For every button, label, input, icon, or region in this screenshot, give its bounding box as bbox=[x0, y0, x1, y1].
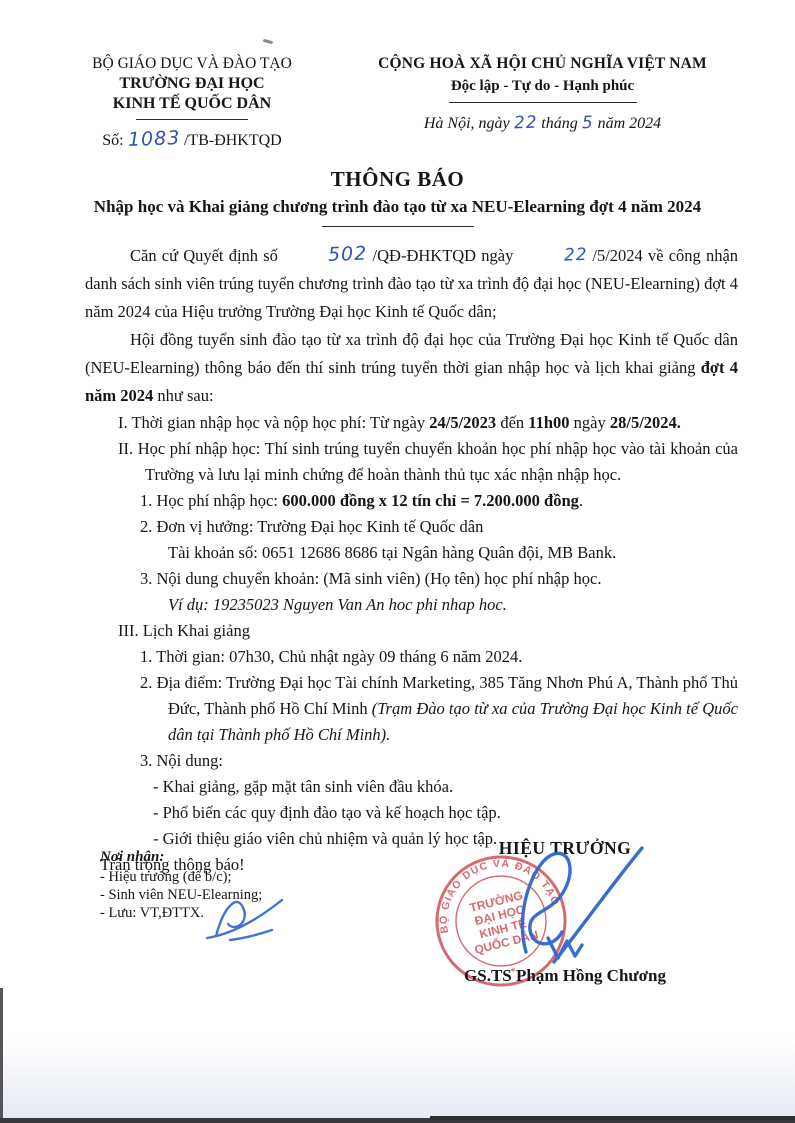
section-I-time: 11h00 bbox=[528, 413, 569, 432]
section-I-date-start: 24/5/2023 bbox=[429, 413, 496, 432]
section-I-text: đến bbox=[500, 413, 524, 432]
item-text: Nội dung chuyển khoản: (Mã sinh viên) (H… bbox=[157, 569, 602, 588]
director-signature bbox=[492, 840, 657, 975]
content-dash-1: - Khai giảng, gặp mặt tân sinh viên đầu … bbox=[85, 774, 738, 800]
date-prefix: Hà Nội, ngày bbox=[424, 115, 510, 132]
section-I: I. Thời gian nhập học và nộp học phí: Từ… bbox=[85, 410, 738, 436]
item-number: 1. bbox=[140, 647, 152, 666]
document-number: Số: 1083 /TB-ĐHKTQD bbox=[42, 129, 342, 151]
document-number-suffix: /TB-ĐHKTQD bbox=[184, 132, 282, 149]
issuer-divider bbox=[136, 119, 248, 120]
transfer-example-line: Ví dụ: 19235023 Nguyen Van An hoc phi nh… bbox=[85, 592, 738, 618]
motto-divider bbox=[449, 102, 637, 103]
item-number: 2. bbox=[140, 517, 152, 536]
document-title: THÔNG BÁO bbox=[0, 167, 795, 192]
tuition-amount: 600.000 đồng x 12 tín chỉ = 7.200.000 đồ… bbox=[282, 491, 579, 510]
clerk-initials-signature bbox=[202, 888, 286, 946]
university-name-line1: TRƯỜNG ĐẠI HỌC bbox=[42, 74, 342, 94]
scan-edge-left bbox=[0, 988, 3, 1123]
item-text: Thời gian: 07h30, Chủ nhật ngày 09 tháng… bbox=[156, 647, 522, 666]
national-motto: Độc lập - Tự do - Hạnh phúc bbox=[370, 76, 715, 96]
document-page: BỘ GIÁO DỤC VÀ ĐÀO TẠO TRƯỜNG ĐẠI HỌC KI… bbox=[0, 0, 795, 1123]
p2-text: như sau: bbox=[157, 386, 213, 405]
scan-edge-bottom-dark bbox=[430, 1116, 795, 1120]
section-III-numeral: III. bbox=[118, 621, 139, 640]
scan-speck bbox=[263, 39, 273, 44]
issuer-block: BỘ GIÁO DỤC VÀ ĐÀO TẠO TRƯỜNG ĐẠI HỌC KI… bbox=[42, 54, 342, 151]
section-II-text: Học phí nhập học: Thí sinh trúng tuyển c… bbox=[138, 439, 738, 484]
paragraph-announcement: Hội đồng tuyển sinh đào tạo từ xa trình … bbox=[85, 326, 738, 410]
date-month-handwritten: 5 bbox=[581, 113, 594, 133]
date-mid: tháng bbox=[541, 115, 577, 132]
item-number: 3. bbox=[140, 751, 152, 770]
section-III-item-2: 2. Địa điểm: Trường Đại học Tài chính Ma… bbox=[85, 670, 738, 748]
section-III-item-3: 3. Nội dung: bbox=[85, 748, 738, 774]
section-I-text: ngày bbox=[574, 413, 606, 432]
document-number-handwritten: 1083 bbox=[127, 128, 180, 150]
document-body: Căn cứ Quyết định số 502 /QĐ-ĐHKTQD ngày… bbox=[85, 241, 738, 878]
paragraph-legal-basis: Căn cứ Quyết định số 502 /QĐ-ĐHKTQD ngày… bbox=[85, 241, 738, 326]
section-I-numeral: I. bbox=[118, 413, 128, 432]
p2-text: Hội đồng tuyển sinh đào tạo từ xa trình … bbox=[85, 330, 738, 377]
place-date-line: Hà Nội, ngày 22 tháng 5 năm 2024 bbox=[370, 113, 715, 134]
item-text: Nội dung: bbox=[157, 751, 223, 770]
p1-text: Căn cứ Quyết định số bbox=[130, 246, 278, 265]
section-II-item-1: 1. Học phí nhập học: 600.000 đồng x 12 t… bbox=[85, 488, 738, 514]
item-number: 3. bbox=[140, 569, 152, 588]
content-dash-2: - Phổ biến các quy định đào tạo và kế ho… bbox=[85, 800, 738, 826]
section-II: II. Học phí nhập học: Thí sinh trúng tuy… bbox=[85, 436, 738, 488]
item-text: Học phí nhập học: bbox=[157, 491, 278, 510]
section-II-item-3: 3. Nội dung chuyển khoản: (Mã sinh viên)… bbox=[85, 566, 738, 592]
document-number-label: Số: bbox=[102, 132, 123, 149]
decision-number-handwritten: 502 bbox=[283, 240, 368, 271]
item-number: 1. bbox=[140, 491, 152, 510]
recipients-heading: Nơi nhận: bbox=[100, 848, 262, 866]
date-suffix: năm 2024 bbox=[598, 115, 662, 132]
date-day-handwritten: 22 bbox=[513, 113, 537, 134]
section-I-date-end: 28/5/2024. bbox=[610, 413, 681, 432]
bank-account-line: Tài khoản số: 0651 12686 8686 tại Ngân h… bbox=[85, 540, 738, 566]
title-divider bbox=[322, 226, 474, 227]
recipient-line: - Hiệu trưởng (để b/c); bbox=[100, 868, 262, 886]
item-text: . bbox=[579, 491, 583, 510]
document-subtitle: Nhập học và Khai giảng chương trình đào … bbox=[0, 197, 795, 217]
signer-name: GS.TS Phạm Hồng Chương bbox=[425, 966, 705, 986]
decision-day-handwritten: 22 bbox=[518, 241, 588, 271]
ministry-name: BỘ GIÁO DỤC VÀ ĐÀO TẠO bbox=[42, 54, 342, 74]
national-header-block: CỘNG HOÀ XÃ HỘI CHỦ NGHĨA VIỆT NAM Độc l… bbox=[370, 54, 715, 134]
section-II-item-2: 2. Đơn vị hưởng: Trường Đại học Kinh tế … bbox=[85, 514, 738, 540]
document-header: BỘ GIÁO DỤC VÀ ĐÀO TẠO TRƯỜNG ĐẠI HỌC KI… bbox=[0, 54, 795, 151]
section-I-text: Thời gian nhập học và nộp học phí: Từ ng… bbox=[131, 413, 425, 432]
scan-shadow bbox=[0, 1038, 795, 1118]
section-II-numeral: II. bbox=[118, 439, 133, 458]
section-III-item-1: 1. Thời gian: 07h30, Chủ nhật ngày 09 th… bbox=[85, 644, 738, 670]
country-title: CỘNG HOÀ XÃ HỘI CHỦ NGHĨA VIỆT NAM bbox=[370, 54, 715, 74]
university-name-line2: KINH TẾ QUỐC DÂN bbox=[42, 94, 342, 114]
section-III: III. Lịch Khai giảng bbox=[85, 618, 738, 644]
p1-text: /QĐ-ĐHKTQD ngày bbox=[373, 246, 514, 265]
section-III-heading: Lịch Khai giảng bbox=[143, 621, 250, 640]
item-number: 2. bbox=[140, 673, 152, 692]
item-text: Đơn vị hưởng: Trường Đại học Kinh tế Quố… bbox=[157, 517, 484, 536]
